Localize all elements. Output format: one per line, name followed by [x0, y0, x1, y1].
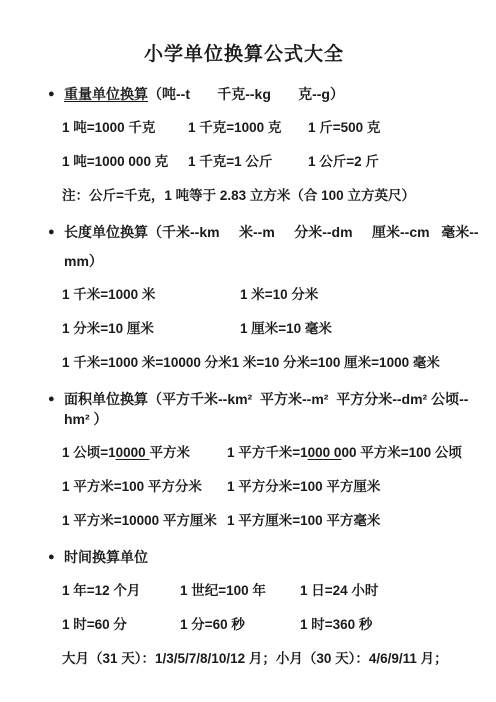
- formula: 1 平方分米=100 平方厘米: [227, 477, 380, 497]
- table-row: 1 平方米=10000 平方厘米 1 平方厘米=100 平方毫米: [0, 511, 488, 531]
- formula: 1 分米=10 厘米: [62, 319, 240, 339]
- month-days-note: 大月（31 天）：1/3/5/7/8/10/12 月；小月（30 天）：4/6/…: [0, 649, 488, 669]
- page-title: 小学单位换算公式大全: [0, 42, 488, 68]
- document-page: 小学单位换算公式大全 ● 重量单位换算（吨--t 千克--kg 克--g） 1 …: [0, 0, 496, 669]
- table-row: 1 千米=1000 米 1 米=10 分米: [0, 285, 488, 305]
- section-length-name: 长度单位换算: [64, 224, 148, 240]
- section-weight-title: 重量单位换算（吨--t 千克--kg 克--g）: [64, 84, 344, 104]
- table-row: 1 平方米=100 平方分米 1 平方分米=100 平方厘米: [0, 477, 488, 497]
- table-row: 1 分米=10 厘米 1 厘米=10 毫米: [0, 319, 488, 339]
- section-time-name: 时间换算单位: [64, 549, 148, 565]
- section-length-units-cont: mm）: [0, 251, 488, 271]
- formula: 1 时=360 秒: [300, 615, 372, 635]
- section-area-title: 面积单位换算（平方千米--km² 平方米--m² 平方分米--dm² 公顷--h…: [64, 389, 488, 429]
- formula: 1 平方千米=1000 000 平方米=100 公顷: [227, 443, 462, 463]
- section-time-header: ● 时间换算单位: [0, 547, 488, 567]
- section-area-header: ● 面积单位换算（平方千米--km² 平方米--m² 平方分米--dm² 公顷-…: [0, 389, 488, 429]
- formula: 1 厘米=10 毫米: [240, 319, 332, 339]
- bullet-icon: ●: [48, 222, 64, 242]
- formula: 1 世纪=100 年: [180, 581, 300, 601]
- section-weight-units: （吨--t 千克--kg 克--g）: [148, 86, 344, 102]
- table-row: 1 吨=1000 千克 1 千克=1000 克 1 斤=500 克: [0, 118, 488, 138]
- formula: 1 千克=1000 克: [188, 118, 308, 138]
- section-time-title: 时间换算单位: [64, 547, 148, 567]
- formula: 1 米=10 分米: [240, 285, 318, 305]
- weight-note: 注：公斤=千克，1 吨等于 2.83 立方米（合 100 立方英尺）: [0, 186, 488, 206]
- formula: 1 平方米=10000 平方厘米: [62, 511, 227, 531]
- table-row: 1 千米=1000 米=10000 分米 1 米=10 分米=100 厘米=10…: [0, 353, 488, 373]
- table-row: 1 吨=1000 000 克 1 千克=1 公斤 1 公斤=2 斤: [0, 152, 488, 172]
- section-length-title: 长度单位换算（千米--km 米--m 分米--dm 厘米--cm 毫米--: [64, 222, 479, 242]
- table-row: 1 年=12 个月 1 世纪=100 年 1 日=24 小时: [0, 581, 488, 601]
- table-row: 1 公顷=10000 平方米 1 平方千米=1000 000 平方米=100 公…: [0, 443, 488, 463]
- formula: 1 年=12 个月: [62, 581, 180, 601]
- section-weight-header: ● 重量单位换算（吨--t 千克--kg 克--g）: [0, 84, 488, 104]
- formula: 1 千克=1 公斤: [188, 152, 308, 172]
- section-length-header: ● 长度单位换算（千米--km 米--m 分米--dm 厘米--cm 毫米--: [0, 222, 488, 242]
- formula: 1 公斤=2 斤: [308, 152, 379, 172]
- formula: 1 米=10 分米=100 厘米=1000 毫米: [232, 353, 440, 373]
- section-length-units: （千米--km 米--m 分米--dm 厘米--cm 毫米--: [148, 224, 479, 240]
- formula: 1 千米=1000 米=10000 分米: [62, 353, 232, 373]
- formula: 1 吨=1000 000 克: [62, 152, 188, 172]
- table-row: 1 时=60 分 1 分=60 秒 1 时=360 秒: [0, 615, 488, 635]
- formula: 1 平方米=100 平方分米: [62, 477, 227, 497]
- formula: 1 斤=500 克: [308, 118, 380, 138]
- bullet-icon: ●: [48, 389, 64, 409]
- formula: 1 千米=1000 米: [62, 285, 240, 305]
- formula: 1 吨=1000 千克: [62, 118, 188, 138]
- formula: 1 分=60 秒: [180, 615, 300, 635]
- formula: 1 公顷=10000 平方米: [62, 443, 227, 463]
- section-weight-name: 重量单位换算: [64, 86, 148, 102]
- bullet-icon: ●: [48, 84, 64, 104]
- formula: 1 平方厘米=100 平方毫米: [227, 511, 380, 531]
- section-area-name: 面积单位换算: [64, 391, 148, 407]
- bullet-icon: ●: [48, 547, 64, 567]
- formula: 1 时=60 分: [62, 615, 180, 635]
- formula: 1 日=24 小时: [300, 581, 378, 601]
